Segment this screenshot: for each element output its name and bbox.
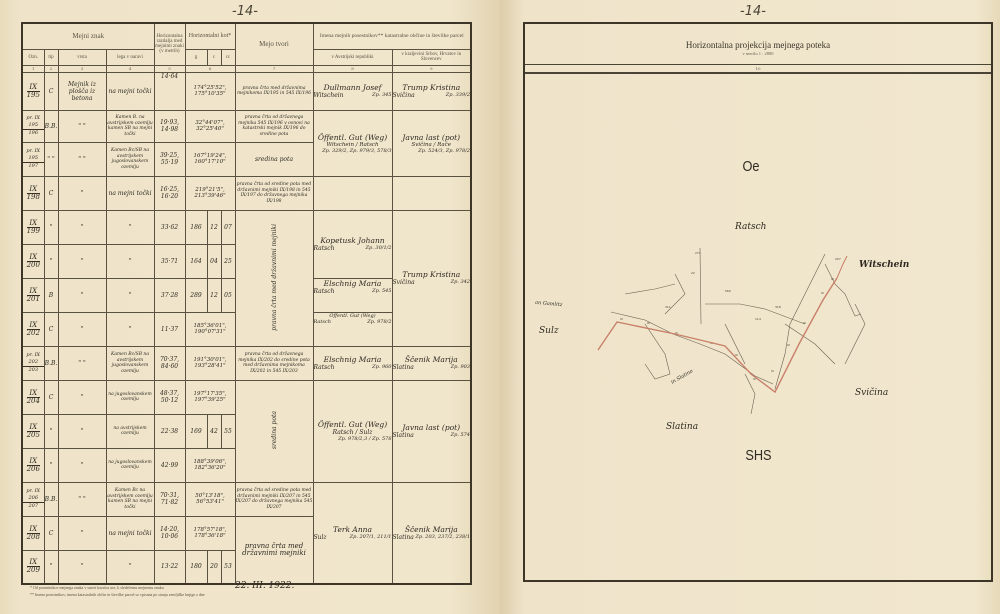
angle: 191°30'01", 193°28'41" (185, 346, 235, 380)
boundary-course: pravna črta med državnima mejnikoma IX/1… (235, 72, 313, 110)
svg-text:IX: IX (803, 321, 806, 325)
mark-number: 201 (27, 295, 40, 303)
header-owners-shs: v kraljevini Srbov, Hrvatov in Slovencev (392, 49, 471, 65)
mark-type: " (44, 550, 58, 584)
boundary-course-text: pravna črta med državnimi mejniki (271, 224, 278, 331)
mark-number: 205 (27, 431, 40, 439)
distance: 70·31, 71·82 (154, 482, 185, 516)
angle: 197°17'35", 197°39'25" (185, 380, 235, 414)
mark-kind: " " (58, 110, 106, 142)
angle-cc: 53 (221, 550, 235, 584)
mark-position: na mejni točki (106, 176, 154, 210)
cadastral-municipality: Svičina (393, 279, 415, 286)
mark-kind: " " (58, 346, 106, 380)
cadastral-municipality: Ratsch (314, 288, 335, 295)
owner-name: Öffentl. Gut (Weg) (314, 420, 392, 429)
distance: 33·62 (154, 210, 185, 244)
cadastral-municipality: Ratsch (314, 319, 331, 325)
angle-cc: 55 (221, 414, 235, 448)
distance: 37·28 (154, 278, 185, 312)
mark-number: 203 (28, 367, 38, 373)
cadastral-municipality: Slatina (393, 364, 414, 371)
owner-austria: Terk AnnaSulzZp. 207/1, 211/1 (313, 482, 392, 584)
owner-austria: Dullmann JosefWitscheinZp. 345 (313, 72, 392, 110)
header-label: Ozn. (22, 49, 44, 65)
header-distance: Horizontalna razdalja med mejnimi znaki … (154, 23, 185, 65)
mark-number: 202 (27, 329, 40, 337)
table-row: IX199 " " " 33·62 186 12 07 pravna črta … (22, 210, 471, 244)
parcel-number: Zp. 339/2 (446, 92, 470, 99)
parcel-number: Zp. 329/2, Zp. 979/3, 578/3 (314, 148, 392, 154)
header-angle: Horizontalni kot* (185, 23, 235, 49)
mark-type: " " (44, 142, 58, 176)
boundary-course-text: sredina pota (271, 411, 278, 449)
owner-name: Ščenik Marija (393, 525, 471, 534)
parcel-number: Zp. 978/2 (367, 319, 391, 325)
mark-type: C (44, 312, 58, 346)
owner-austria: Elschnig MariaRatschZp. 545 (313, 278, 392, 312)
mark-type: C (44, 516, 58, 550)
column-number: 6 (185, 65, 235, 72)
mark-position: " (106, 244, 154, 278)
map-frame: Horizontalna projekcija mejnega poteka v… (523, 22, 993, 582)
column-number: 3 (58, 65, 106, 72)
column-number: 8 (313, 65, 392, 72)
boundary-course: pravna črta od državnega mejnika 545 IX/… (235, 110, 313, 142)
parcel-number: Zp. 342 (451, 279, 470, 286)
svg-text:114: 114 (755, 317, 761, 321)
cadastral-municipality: Svičina (393, 92, 415, 99)
header-type: tip (44, 49, 58, 65)
mark-type: C (44, 176, 58, 210)
mark-number: 208 (27, 533, 40, 541)
mark-position: Kamen Bc na avstrijskem ozemlju kamen SB… (106, 482, 154, 516)
distance: 39·25, 55·19 (154, 142, 185, 176)
header-position: lega v naravi (106, 49, 154, 65)
mark-position: na mejni točki (106, 72, 154, 110)
column-number: 1 (22, 65, 44, 72)
mark-kind: " (58, 448, 106, 482)
boundary-map-drawing: IXIXIX IXIXIX IXIXIX IXIX22 114318560 27… (525, 24, 991, 580)
parcel-number: Zp. 545 (372, 288, 391, 295)
mark-number: 199 (27, 227, 40, 235)
mark-kind: " " (58, 482, 106, 516)
mark-position: " (106, 312, 154, 346)
mark-kind: " (58, 210, 106, 244)
angle: 174°25'52", 175°10'35" (185, 72, 235, 110)
owner-name: Elschnig Maria (314, 279, 392, 288)
mark-number: 209 (27, 566, 40, 574)
mark-position: na jugoslovanskem ozemlju (106, 380, 154, 414)
mark-kind: " (58, 278, 106, 312)
svg-text:IX: IX (831, 277, 834, 281)
svg-text:IX: IX (787, 343, 790, 347)
mark-type: B.B. (44, 110, 58, 142)
angle: 219°21'5", 213°39'46" (185, 176, 235, 210)
distance: 14·20, 10·06 (154, 516, 185, 550)
owner-austria: Öffentl. Gut (Weg)Witschein / RatschZp. … (313, 110, 392, 176)
column-number: 9 (392, 65, 471, 72)
parcel-number: Zp. 524/3, Zp. 978/2 (393, 148, 471, 154)
angle-g: 180 (185, 550, 207, 584)
mark-type: B (44, 278, 58, 312)
column-number: 5 (154, 65, 185, 72)
distance: 13·22 (154, 550, 185, 584)
column-number: 4 (106, 65, 154, 72)
svg-text:318: 318 (775, 305, 781, 309)
table-row: pr. IX 195196 B.B. " " Kamen B. na avstr… (22, 110, 471, 142)
owner-shs: Trump KristinaSvičinaZp. 339/2 (392, 72, 471, 110)
column-number: 2 (44, 65, 58, 72)
table-row: IX198 C " na mejni točki 16·25, 16·20 21… (22, 176, 471, 210)
mark-kind: " (58, 380, 106, 414)
page-number: -14- (232, 4, 258, 19)
boundary-course: pravna črta od sredine pota med državnim… (235, 176, 313, 210)
owner-name: Javna last (pot) (393, 423, 471, 432)
angle-g: 186 (185, 210, 207, 244)
boundary-course: sredina pota (235, 142, 313, 176)
cadastral-municipality: Ratsch / Sulz (314, 429, 392, 436)
distance: 22·38 (154, 414, 185, 448)
svg-text:560: 560 (725, 289, 731, 293)
angle-cc: 07 (221, 210, 235, 244)
owner-shs (392, 176, 471, 210)
header-boundary-course: Mejo tvori (235, 23, 313, 65)
angle-cc: 25 (221, 244, 235, 278)
cadastral-municipality: Slatina (393, 432, 414, 439)
mark-number: 198 (27, 193, 40, 201)
owner-name: Trump Kristina (393, 270, 471, 279)
mark-position: " (106, 278, 154, 312)
table-row: IX195 C Mejnik iz plošča iz betona na me… (22, 72, 471, 110)
owner-name: Javna last (pot) (393, 133, 471, 142)
mark-position: na jugoslovanskem ozemlju (106, 448, 154, 482)
owner-name: Trump Kristina (393, 83, 471, 92)
header-unit-g: g (185, 49, 207, 65)
distance: 42·99 (154, 448, 185, 482)
owner-name: Dullmann Josef (314, 83, 392, 92)
distance: 35·71 (154, 244, 185, 278)
angle-g: 169 (185, 414, 207, 448)
owner-name: Kopetusk Johann (314, 236, 392, 245)
angle: 185°36'01", 190°07'31" (185, 312, 235, 346)
angle: 167°19'24", 160°17'10" (185, 142, 235, 176)
mark-kind: " " (58, 142, 106, 176)
boundary-register-table: Mejni znak Horizontalna razdalja med mej… (21, 22, 472, 585)
footnote-1: * Od posnetnikov mejnega znaka v smeri k… (30, 585, 164, 590)
distance: 11·37 (154, 312, 185, 346)
cadastral-municipality: Witschein (314, 92, 344, 99)
angle: 188°39'06", 182°36'20" (185, 448, 235, 482)
owner-shs: Trump KristinaSvičinaZp. 342 (392, 210, 471, 346)
distance: 48·37, 50·12 (154, 380, 185, 414)
mark-kind: Mejnik iz plošča iz betona (58, 72, 106, 110)
mark-position: na mejni točki (106, 516, 154, 550)
mark-type: " (44, 210, 58, 244)
angle: 50°13'18", 56°53'41" (185, 482, 235, 516)
table-row: IX204 C " na jugoslovanskem ozemlju 48·3… (22, 380, 471, 414)
mark-position: na avstrijskem ozemlju (106, 414, 154, 448)
owner-shs: Javna last (pot)Svičina / RačeZp. 524/3,… (392, 110, 471, 176)
mark-number: 196 (28, 130, 38, 136)
mark-type: " (44, 244, 58, 278)
mark-kind: " (58, 414, 106, 448)
parcel-number: Zp. 978/2,3 / Zp. 576 (314, 436, 392, 442)
column-number: 7 (235, 65, 313, 72)
left-page: -14- Mejni znak Horizontalna razdalja me… (0, 0, 500, 614)
mark-position: " (106, 210, 154, 244)
mark-type: B.B. (44, 482, 58, 516)
mark-kind: " (58, 312, 106, 346)
mark-number: 204 (27, 397, 40, 405)
mark-kind: " (58, 516, 106, 550)
mark-number: pr. IX 195 (23, 115, 44, 130)
owner-shs: Javna last (pot)SlatinaZp. 574 (392, 380, 471, 482)
header-owners-austria: v Avstrijski republiki (313, 49, 392, 65)
parcel-number: Zp. 903 (451, 364, 470, 371)
mark-kind: " (58, 550, 106, 584)
mark-type: " (44, 448, 58, 482)
mark-number: pr. IX 206 (23, 488, 44, 503)
cadastral-municipality: Ratsch (314, 364, 335, 371)
mark-type: " (44, 414, 58, 448)
date: 22. III. 1922. (235, 581, 294, 591)
mark-number: 200 (27, 261, 40, 269)
boundary-course: sredina pota (235, 380, 313, 482)
svg-text:IX: IX (647, 321, 650, 325)
owner-austria (313, 176, 392, 210)
distance: 19·93, 14·98 (154, 110, 185, 142)
table-row: pr. IX 206207 B.B. " " Kamen Bc na avstr… (22, 482, 471, 516)
owner-austria: Kopetusk JohannRatschZp. 30/1/2 (313, 210, 392, 278)
cadastral-municipality: Ratsch (314, 245, 335, 252)
distance: 16·25, 16·20 (154, 176, 185, 210)
cadastral-municipality: Sulz (314, 534, 327, 541)
header-boundary-mark: Mejni znak (22, 23, 154, 49)
parcel-number: Zp. 203, 237/2, 238/1 (415, 534, 470, 541)
owner-shs: Ščenik MarijaSlatinaZp. 203, 237/2, 238/… (392, 482, 471, 584)
parcel-number: Zp. 574 (451, 432, 470, 439)
svg-text:IX: IX (771, 369, 774, 373)
parcel-number: Zp. 207/1, 211/1 (350, 534, 392, 541)
page-number: -14- (740, 4, 766, 19)
svg-text:207: 207 (835, 257, 841, 261)
parcel-number: Zp. 30/1/2 (366, 245, 392, 252)
header-unit-c: c (207, 49, 221, 65)
header-unit-cc: cc (221, 49, 235, 65)
owner-austria: Öffentl. Gut (Weg)Ratsch / SulzZp. 978/2… (313, 380, 392, 482)
mark-position: " (106, 550, 154, 584)
boundary-course: pravna črta od državnega mejnika IX/202 … (235, 346, 313, 380)
mark-number: 197 (28, 163, 38, 169)
mark-kind: " (58, 176, 106, 210)
boundary-course: pravna črta od sredine pota med državnim… (235, 482, 313, 516)
angle-c: 20 (207, 550, 221, 584)
angle: 32°44'07", 32°25'40" (185, 110, 235, 142)
svg-text:271: 271 (695, 251, 701, 255)
owner-austria: Elschnig MariaRatschZp. 960 (313, 346, 392, 380)
owner-name: Elschnig Maria (314, 355, 392, 364)
angle-c: 42 (207, 414, 221, 448)
header-kind: vrsta (58, 49, 106, 65)
cadastral-municipality: Slatina (393, 534, 414, 541)
mark-number: pr. IX 202 (23, 352, 44, 367)
mark-type: C (44, 72, 58, 110)
header-owners: Imena mejnih posestnikov** katastralne o… (313, 23, 471, 49)
angle-g: 289 (185, 278, 207, 312)
mark-position: Kamen Bc/SB na avstrijskem jugoslovanske… (106, 142, 154, 176)
mark-position: Kamen Bc/SB na avstrijskem jugoslovanske… (106, 346, 154, 380)
angle: 178°57'18", 178°36'18" (185, 516, 235, 550)
mark-number: 207 (28, 503, 38, 509)
footnote-2: ** Imena posestnikov, imena katastralnih… (30, 592, 205, 597)
mark-position: Kamen B. na avstrijskem ozemlju kamen SB… (106, 110, 154, 142)
boundary-course: pravna črta med državnimi mejniki (235, 516, 313, 584)
svg-text:IX: IX (620, 317, 623, 321)
mark-kind: " (58, 244, 106, 278)
owner-shs: Ščenik MarijaSlatinaZp. 903 (392, 346, 471, 380)
angle-c: 12 (207, 210, 221, 244)
table-row: pr. IX 202203 B.B. " " Kamen Bc/SB na av… (22, 346, 471, 380)
parcel-number: Zp. 960 (372, 364, 391, 371)
boundary-course: pravna črta med državnimi mejniki (235, 210, 313, 346)
owner-austria: Öffentl. Gut (Weg)RatschZp. 978/2 (313, 312, 392, 346)
owner-name: Ščenik Marija (393, 355, 471, 364)
mark-number: pr. IX 195 (23, 148, 44, 163)
parcel-number: Zp. 345 (372, 92, 391, 99)
distance: 70·37, 84·60 (154, 346, 185, 380)
angle-cc: 05 (221, 278, 235, 312)
owner-name: Öffentl. Gut (Weg) (314, 133, 392, 142)
distance: 14·64 (154, 72, 185, 110)
mark-type: B.B. (44, 346, 58, 380)
angle-c: 12 (207, 278, 221, 312)
svg-text:311: 311 (665, 305, 671, 309)
owner-name: Terk Anna (314, 525, 392, 534)
mark-number: 206 (27, 465, 40, 473)
angle-g: 164 (185, 244, 207, 278)
svg-text:22: 22 (691, 271, 695, 275)
mark-number: 195 (27, 91, 40, 99)
angle-c: 04 (207, 244, 221, 278)
mark-type: C (44, 380, 58, 414)
svg-text:IX: IX (821, 291, 824, 295)
